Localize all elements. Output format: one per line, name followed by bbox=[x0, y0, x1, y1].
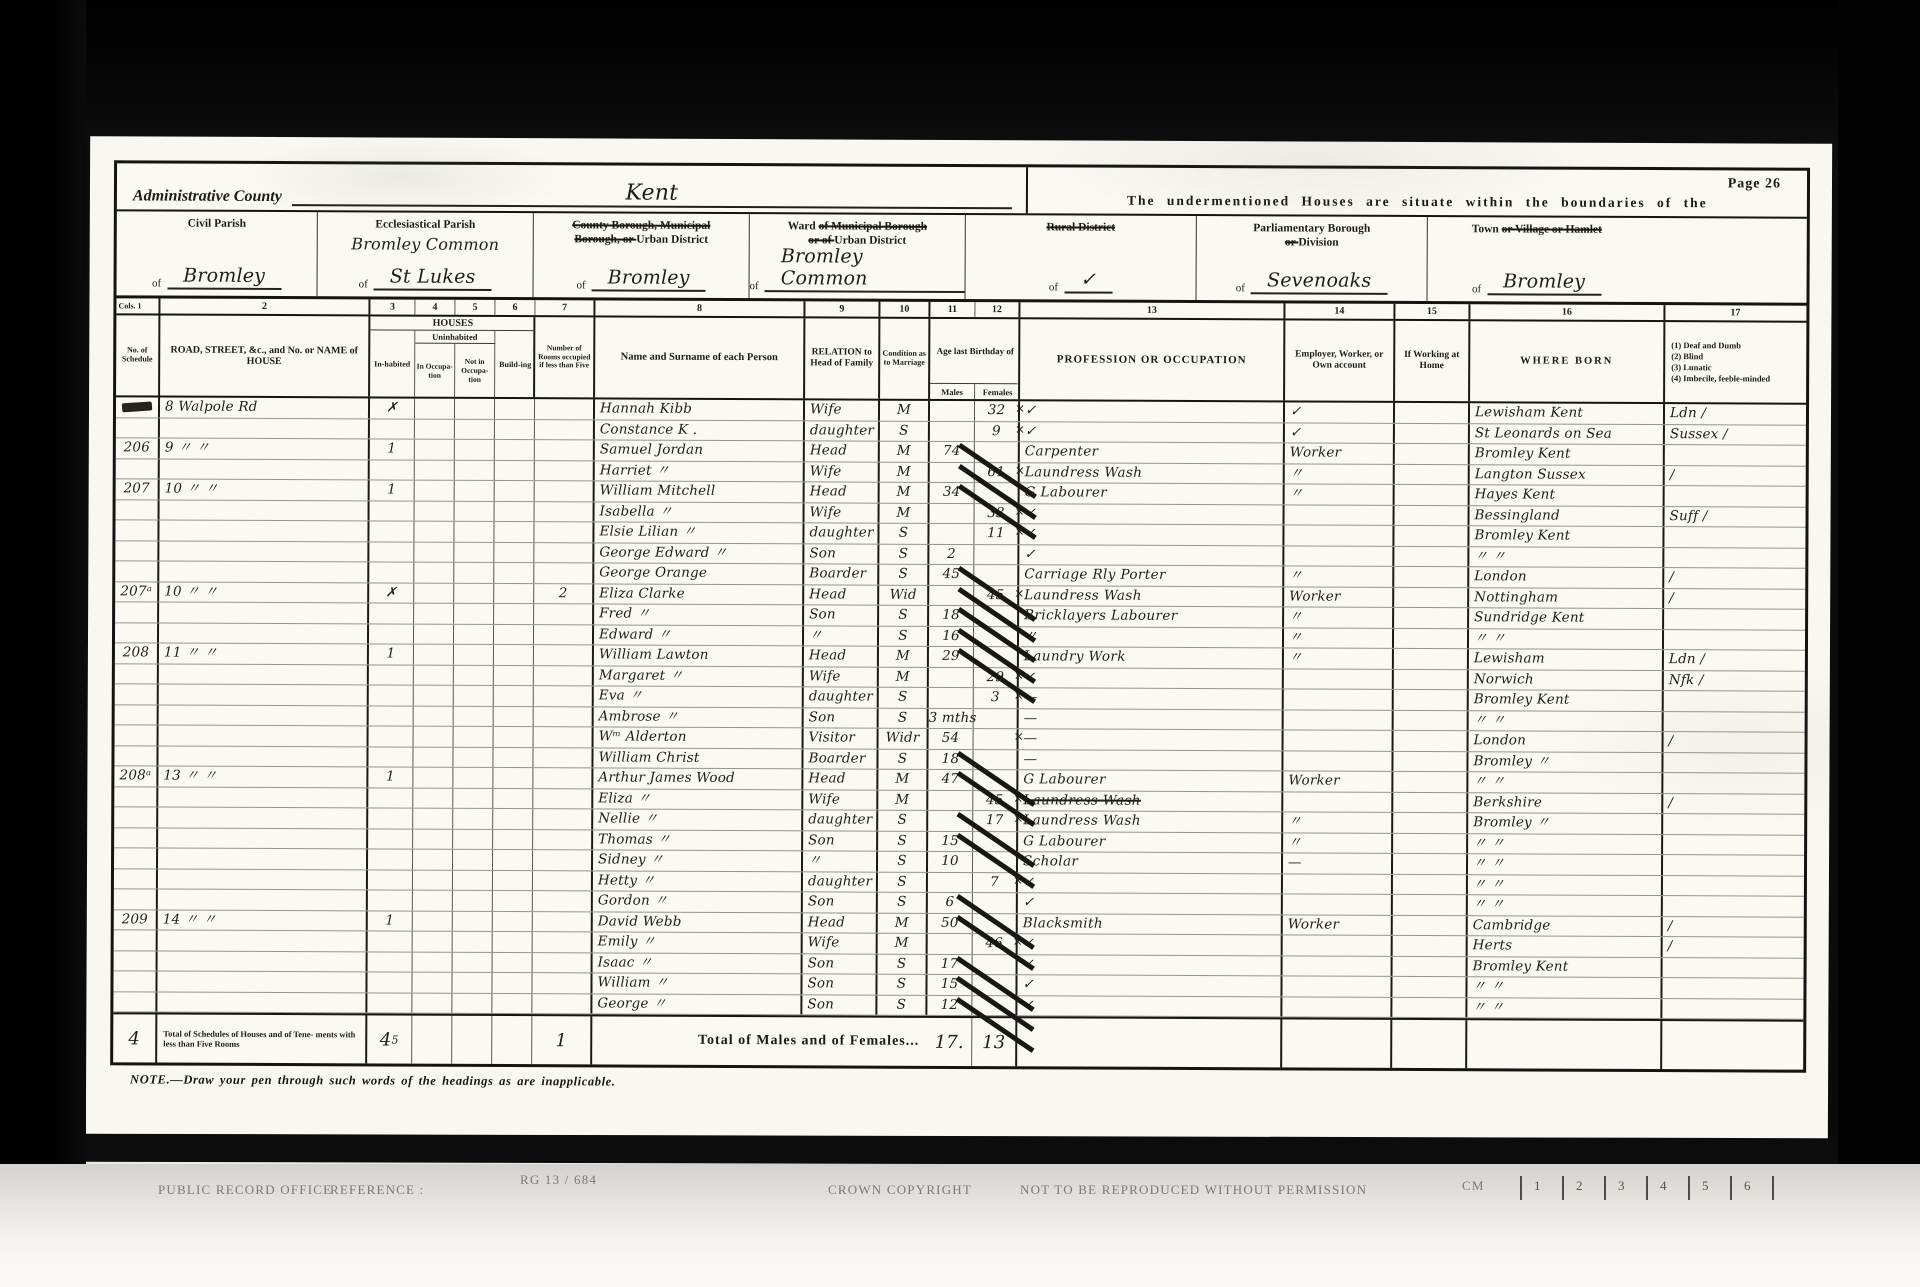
administrative-county-value: Kent bbox=[292, 179, 1012, 209]
cell-uninhabited-occ bbox=[413, 809, 453, 829]
cell-road bbox=[157, 972, 367, 992]
cell-relation: Boarder bbox=[803, 749, 878, 769]
cell-building bbox=[493, 809, 533, 829]
cell-relation: Son bbox=[803, 892, 878, 912]
cell-name: Sidney 〃 bbox=[593, 850, 803, 870]
cell-occupation: ✓ bbox=[1019, 524, 1284, 545]
cell-uninhabited-not bbox=[454, 604, 494, 624]
cell-infirmity: ∕ bbox=[1664, 732, 1804, 752]
district-value: Bromley bbox=[592, 266, 706, 291]
cell-home bbox=[1394, 546, 1469, 566]
cell-uninhabited-not bbox=[454, 665, 494, 685]
cell-rooms bbox=[535, 502, 595, 522]
district-value: Sevenoaks bbox=[1251, 269, 1387, 295]
cell-name: William Lawton bbox=[594, 645, 804, 665]
cell-occupation: Laundry Work bbox=[1019, 647, 1284, 668]
ruler-end bbox=[1772, 1176, 1784, 1200]
cell-home bbox=[1395, 423, 1470, 443]
cell-name: Edward 〃 bbox=[594, 625, 804, 645]
cell-condition: S bbox=[878, 872, 928, 892]
col-age: Age last Birthday of bbox=[930, 319, 1020, 384]
column-number: 14 bbox=[1285, 303, 1395, 318]
cell-name: George 〃 bbox=[592, 994, 802, 1014]
cell-age-female: 9 bbox=[975, 422, 1020, 442]
district-band: Civil Parish ofBromleyEcclesiastical Par… bbox=[116, 211, 1806, 305]
cell-rooms bbox=[534, 543, 594, 563]
cell-uninhabited-not bbox=[454, 563, 494, 583]
cell-name: William 〃 bbox=[592, 973, 802, 993]
cell-uninhabited-occ bbox=[413, 952, 453, 972]
cell-uninhabited-occ bbox=[414, 624, 454, 644]
cell-condition: S bbox=[878, 749, 928, 769]
cell-age-male: 54 bbox=[929, 729, 974, 749]
cell-born: Bessingland bbox=[1470, 506, 1665, 526]
cell-schedule bbox=[115, 561, 159, 581]
cell-road bbox=[160, 500, 370, 520]
totals-empty-4 bbox=[1017, 1018, 1282, 1067]
cell-occupation: ✓ bbox=[1017, 996, 1282, 1017]
cell-relation: 〃 bbox=[803, 851, 878, 871]
cell-infirmity: ∕ bbox=[1664, 568, 1804, 588]
cell-condition: M bbox=[880, 442, 930, 462]
cell-road bbox=[159, 726, 369, 746]
cell-name: Fred 〃 bbox=[594, 604, 804, 624]
cell-uninhabited-not bbox=[454, 624, 494, 644]
cell-building bbox=[493, 891, 533, 911]
cell-infirmity: ∕ bbox=[1663, 937, 1803, 957]
cell-home bbox=[1393, 956, 1468, 976]
cell-relation: Boarder bbox=[804, 564, 879, 584]
cell-occupation: ✓ bbox=[1017, 975, 1282, 996]
cell-occupation: ✓ bbox=[1020, 422, 1285, 443]
cell-uninhabited-occ bbox=[414, 645, 454, 665]
enumerator-x-mark: × bbox=[1015, 401, 1025, 415]
cell-uninhabited-occ bbox=[415, 399, 455, 419]
totals-empty-2 bbox=[452, 1016, 492, 1064]
cell-relation: Wife bbox=[805, 462, 880, 482]
cell-infirmity bbox=[1665, 486, 1805, 506]
footer-ruler: 123456 bbox=[1520, 1176, 1784, 1200]
cell-born: Bromley 〃 bbox=[1468, 752, 1663, 772]
cell-uninhabited-not bbox=[454, 645, 494, 665]
cell-rooms bbox=[533, 953, 593, 973]
cell-infirmity bbox=[1664, 609, 1804, 629]
cell-uninhabited-occ bbox=[414, 706, 454, 726]
cell-inhabited: 1 bbox=[370, 439, 415, 459]
cell-building bbox=[493, 911, 533, 931]
cell-home bbox=[1394, 710, 1469, 730]
cell-home bbox=[1394, 649, 1469, 669]
cell-schedule: 208ᵃ bbox=[114, 766, 158, 786]
cell-relation: 〃 bbox=[804, 626, 879, 646]
cell-home bbox=[1394, 690, 1469, 710]
cell-inhabited bbox=[369, 624, 414, 644]
cell-occupation: — bbox=[1019, 688, 1284, 709]
cell-born: 〃 〃 bbox=[1467, 998, 1662, 1018]
cell-age-female: 3 bbox=[974, 688, 1019, 708]
cell-rooms bbox=[533, 789, 593, 809]
cell-rooms bbox=[533, 748, 593, 768]
cell-schedule bbox=[115, 602, 159, 622]
cell-schedule bbox=[115, 520, 159, 540]
left-film-edge bbox=[0, 0, 86, 1212]
cell-infirmity bbox=[1663, 876, 1803, 896]
of-label: of bbox=[359, 278, 368, 290]
cell-employer bbox=[1284, 546, 1394, 566]
cell-uninhabited-not bbox=[453, 870, 493, 890]
cell-name: Harriet 〃 bbox=[595, 461, 805, 481]
cell-condition: M bbox=[880, 401, 930, 421]
cell-relation: Head bbox=[803, 769, 878, 789]
cell-uninhabited-occ bbox=[412, 993, 452, 1013]
cell-building bbox=[492, 993, 532, 1013]
cell-building bbox=[492, 973, 532, 993]
cell-uninhabited-occ bbox=[415, 440, 455, 460]
cell-occupation: ✓ bbox=[1018, 893, 1283, 914]
cell-born: Herts bbox=[1468, 936, 1663, 956]
cell-rooms bbox=[533, 912, 593, 932]
cell-age-male bbox=[930, 401, 975, 421]
cell-employer bbox=[1284, 689, 1394, 709]
of-label: of bbox=[1236, 282, 1245, 294]
column-number: 2 bbox=[160, 299, 370, 315]
cell-inhabited bbox=[368, 890, 413, 910]
cell-building bbox=[493, 788, 533, 808]
col-born: WHERE BORN bbox=[1470, 321, 1665, 402]
cell-employer bbox=[1282, 997, 1392, 1017]
cell-occupation: Bricklayers Labourer bbox=[1019, 606, 1284, 627]
cell-name: Constance K . bbox=[595, 420, 805, 440]
cell-infirmity bbox=[1663, 753, 1803, 773]
column-number: 17 bbox=[1665, 305, 1805, 321]
col-name: Name and Surname of each Person bbox=[595, 317, 805, 398]
cell-born: 〃 〃 bbox=[1468, 875, 1663, 895]
cell-rooms bbox=[532, 973, 592, 993]
cell-rooms bbox=[533, 871, 593, 891]
totals-caption: Total of Males and of Females... bbox=[592, 1016, 927, 1065]
cell-infirmity bbox=[1664, 548, 1804, 568]
cell-home bbox=[1395, 464, 1470, 484]
situate-cell: The undermentioned Houses are situate wi… bbox=[1028, 167, 1807, 216]
cell-employer: 〃 bbox=[1284, 648, 1394, 668]
district-label: Ward of Municipal Borough or of Urban Di… bbox=[787, 219, 927, 248]
cell-employer bbox=[1283, 956, 1393, 976]
cell-inhabited bbox=[368, 829, 413, 849]
cell-condition: M bbox=[880, 503, 930, 523]
cell-born: Bromley 〃 bbox=[1468, 813, 1663, 833]
cell-rooms bbox=[534, 645, 594, 665]
cell-occupation: G Labourer bbox=[1020, 483, 1285, 504]
totals-empty-3 bbox=[492, 1016, 532, 1064]
cell-uninhabited-not bbox=[453, 952, 493, 972]
cell-condition: S bbox=[877, 995, 927, 1015]
district-ecclesiastical-parish: Ecclesiastical Parish Bromley CommonofSt… bbox=[317, 212, 533, 297]
col-uninhabited: Uninhabited bbox=[415, 331, 495, 344]
cell-occupation: ✓ bbox=[1019, 668, 1284, 689]
cell-infirmity: ∕ bbox=[1665, 466, 1805, 486]
district-town: Town or Village or Hamlet ofBromley bbox=[1427, 217, 1645, 302]
cell-infirmity bbox=[1664, 630, 1804, 650]
cell-relation: Son bbox=[804, 708, 879, 728]
cell-condition: S bbox=[879, 626, 929, 646]
footer-copyright: CROWN COPYRIGHT bbox=[828, 1182, 972, 1198]
enumerator-x-mark: × bbox=[1014, 729, 1024, 743]
cell-name: Gordon 〃 bbox=[593, 891, 803, 911]
cell-uninhabited-occ bbox=[413, 747, 453, 767]
cell-employer bbox=[1282, 976, 1392, 996]
totals-empty-6 bbox=[1392, 1020, 1467, 1068]
cell-uninhabited-occ bbox=[414, 686, 454, 706]
schedule-scribble bbox=[122, 401, 153, 412]
cell-schedule bbox=[115, 664, 159, 684]
cell-uninhabited-occ bbox=[415, 419, 455, 439]
cell-inhabited bbox=[368, 788, 413, 808]
cell-condition: S bbox=[879, 688, 929, 708]
cell-road bbox=[159, 664, 369, 684]
census-form: Administrative County Kent The underment… bbox=[110, 160, 1810, 1072]
cell-employer bbox=[1284, 525, 1394, 545]
cell-name: William Christ bbox=[593, 748, 803, 768]
cell-occupation: Carpenter bbox=[1020, 442, 1285, 463]
totals-inhabited: 45 bbox=[367, 1015, 412, 1063]
cell-rooms bbox=[533, 891, 593, 911]
cell-rooms bbox=[534, 727, 594, 747]
ruler-mark: 5 bbox=[1688, 1176, 1730, 1200]
cell-road: 11 〃 〃 bbox=[159, 644, 369, 664]
cell-rooms bbox=[535, 399, 595, 419]
cell-home bbox=[1393, 936, 1468, 956]
cell-occupation: — bbox=[1019, 709, 1284, 730]
cell-building bbox=[493, 747, 533, 767]
cell-rooms bbox=[534, 563, 594, 583]
cell-rooms bbox=[534, 604, 594, 624]
cell-home bbox=[1393, 854, 1468, 874]
cell-age-male bbox=[928, 790, 973, 810]
cell-road bbox=[158, 869, 368, 889]
cell-infirmity: Sussex ∕ bbox=[1665, 425, 1805, 445]
cell-uninhabited-occ bbox=[415, 501, 455, 521]
form-note: NOTE.—Draw your pen through such words o… bbox=[130, 1072, 1828, 1094]
cell-born: Bromley Kent bbox=[1468, 957, 1663, 977]
cell-occupation: ✓ bbox=[1020, 401, 1285, 422]
cell-born: Norwich bbox=[1469, 670, 1664, 690]
cell-infirmity: ∕ bbox=[1663, 794, 1803, 814]
cell-name: Samuel Jordan bbox=[595, 440, 805, 460]
footer-reference-label: REFERENCE : bbox=[330, 1182, 424, 1198]
district-county-borough: County Borough, Municipal Borough, or Ur… bbox=[533, 213, 749, 298]
cell-name: Margaret 〃 bbox=[594, 666, 804, 686]
cell-condition: M bbox=[878, 913, 928, 933]
cell-name: Nellie 〃 bbox=[593, 809, 803, 829]
cell-schedule: 207 bbox=[116, 479, 160, 499]
cell-occupation: ✓ bbox=[1019, 545, 1284, 566]
col-relation: RELATION to Head of Family bbox=[805, 318, 880, 398]
cell-uninhabited-occ bbox=[414, 604, 454, 624]
of-label: of bbox=[152, 277, 161, 289]
cell-born: Nottingham bbox=[1469, 588, 1664, 608]
cell-occupation: Laundress Wash bbox=[1020, 463, 1285, 484]
cell-uninhabited-occ bbox=[413, 932, 453, 952]
column-number: 15 bbox=[1395, 304, 1470, 319]
cell-relation: daughter bbox=[805, 421, 880, 441]
cell-home bbox=[1393, 751, 1468, 771]
cell-relation: Son bbox=[804, 605, 879, 625]
cell-home bbox=[1393, 772, 1468, 792]
cell-uninhabited-occ bbox=[415, 460, 455, 480]
cell-road bbox=[158, 787, 368, 807]
cell-employer bbox=[1285, 505, 1395, 525]
cell-occupation: ✓ bbox=[1020, 504, 1285, 525]
cell-uninhabited-not bbox=[454, 522, 494, 542]
cell-born: Hayes Kent bbox=[1470, 485, 1665, 505]
column-number: 10 bbox=[880, 302, 930, 317]
cell-relation: Wife bbox=[803, 790, 878, 810]
cell-born: Langton Sussex bbox=[1470, 465, 1665, 485]
cell-schedule bbox=[113, 992, 157, 1012]
cell-condition: S bbox=[880, 421, 930, 441]
cell-relation: Son bbox=[802, 995, 877, 1015]
cell-employer: 〃 bbox=[1285, 464, 1395, 484]
cell-infirmity: Nfk ∕ bbox=[1664, 671, 1804, 691]
cell-schedule: 207ᵃ bbox=[115, 582, 159, 602]
cell-building bbox=[494, 604, 534, 624]
cell-schedule bbox=[114, 828, 158, 848]
district-value: St Lukes bbox=[374, 265, 492, 291]
cell-home bbox=[1393, 813, 1468, 833]
col-females: Females bbox=[975, 384, 1020, 399]
cell-inhabited bbox=[369, 603, 414, 623]
cell-home bbox=[1394, 608, 1469, 628]
cell-relation: Head bbox=[803, 913, 878, 933]
cell-employer: Worker bbox=[1284, 587, 1394, 607]
column-number: 4 bbox=[415, 300, 455, 315]
cell-road bbox=[159, 623, 369, 643]
col-condition: Condition as to Marriage bbox=[880, 319, 930, 399]
cell-building bbox=[495, 419, 535, 439]
cell-name: William Mitchell bbox=[595, 481, 805, 501]
cell-relation: Head bbox=[804, 646, 879, 666]
cell-rooms bbox=[534, 666, 594, 686]
cell-rooms bbox=[534, 686, 594, 706]
cell-road: 9 〃 〃 bbox=[160, 439, 370, 459]
cell-inhabited: 1 bbox=[368, 911, 413, 931]
cell-name: Arthur James Wood bbox=[593, 768, 803, 788]
cell-occupation: ✓ bbox=[1018, 934, 1283, 955]
cell-age-male bbox=[928, 872, 973, 892]
cell-uninhabited-occ bbox=[413, 870, 453, 890]
cell-employer bbox=[1283, 874, 1393, 894]
cell-building bbox=[494, 706, 534, 726]
cell-employer: 〃 bbox=[1284, 628, 1394, 648]
cell-employer: 〃 bbox=[1283, 833, 1393, 853]
infirmity-line: (1) Deaf and Dumb bbox=[1671, 340, 1741, 351]
totals-empty-8 bbox=[1662, 1021, 1802, 1070]
of-label: of bbox=[576, 279, 585, 291]
cell-building bbox=[494, 542, 534, 562]
cell-rooms bbox=[535, 440, 595, 460]
cell-schedule bbox=[114, 787, 158, 807]
cell-name: George Edward 〃 bbox=[594, 543, 804, 563]
cell-relation: daughter bbox=[804, 687, 879, 707]
cell-infirmity: Ldn ∕ bbox=[1664, 650, 1804, 670]
col-employer: Employer, Worker, or Own account bbox=[1285, 320, 1395, 400]
cell-road bbox=[158, 746, 368, 766]
district-value: Bromley Common bbox=[765, 245, 965, 293]
cell-employer: ✓ bbox=[1285, 423, 1395, 443]
cell-condition: S bbox=[878, 893, 928, 913]
cell-rooms bbox=[534, 522, 594, 542]
cell-uninhabited-not bbox=[453, 768, 493, 788]
district-value: Bromley bbox=[167, 265, 281, 290]
cell-uninhabited-occ bbox=[414, 665, 454, 685]
cell-home bbox=[1394, 587, 1469, 607]
cell-born: Lewisham Kent bbox=[1470, 403, 1665, 423]
cell-age-male bbox=[929, 524, 974, 544]
cell-building bbox=[493, 952, 533, 972]
cell-rooms bbox=[535, 420, 595, 440]
cell-inhabited: 1 bbox=[368, 767, 413, 787]
cell-uninhabited-not bbox=[454, 727, 494, 747]
cell-born: Lewisham bbox=[1469, 649, 1664, 669]
totals-margin-figure: 4 bbox=[113, 1014, 157, 1062]
cell-building bbox=[495, 440, 535, 460]
cell-uninhabited-not bbox=[455, 399, 495, 419]
cell-uninhabited-occ bbox=[413, 850, 453, 870]
cell-building bbox=[494, 563, 534, 583]
cell-name: Elsie Lilian 〃 bbox=[594, 522, 804, 542]
cell-uninhabited-not bbox=[452, 993, 492, 1013]
cell-home bbox=[1393, 833, 1468, 853]
col-in-occupation: In Occupa-tion bbox=[415, 344, 455, 397]
cell-rooms bbox=[535, 481, 595, 501]
cell-condition: M bbox=[879, 647, 929, 667]
cell-road bbox=[159, 685, 369, 705]
cell-employer: 〃 bbox=[1283, 812, 1393, 832]
totals-label: Total of Schedules of Houses and of Tene… bbox=[157, 1015, 367, 1064]
cell-uninhabited-not bbox=[454, 686, 494, 706]
cell-road bbox=[158, 931, 368, 951]
cell-employer: ✓ bbox=[1285, 402, 1395, 422]
cell-born: 〃 〃 bbox=[1469, 629, 1664, 649]
cell-home bbox=[1394, 731, 1469, 751]
ruler-mark: 4 bbox=[1646, 1176, 1688, 1200]
cell-name: Wᵐ Alderton bbox=[594, 727, 804, 747]
cell-building bbox=[493, 850, 533, 870]
cell-schedule bbox=[115, 684, 159, 704]
cell-inhabited bbox=[369, 685, 414, 705]
cell-road bbox=[159, 521, 369, 541]
district-label: Civil Parish bbox=[188, 217, 247, 232]
col-profession: PROFESSION OR OCCUPATION bbox=[1020, 319, 1285, 400]
cell-inhabited bbox=[367, 993, 412, 1013]
cell-building bbox=[493, 870, 533, 890]
cell-born: Berkshire bbox=[1468, 793, 1663, 813]
cell-inhabited bbox=[370, 419, 415, 439]
cell-condition: S bbox=[878, 811, 928, 831]
cell-employer bbox=[1284, 710, 1394, 730]
cell-building bbox=[495, 501, 535, 521]
totals-males: 17. bbox=[927, 1018, 972, 1066]
cell-rooms bbox=[534, 625, 594, 645]
cell-employer: Worker bbox=[1283, 915, 1393, 935]
col-houses-group: HOUSES In-habited Uninhabited In Occupa-… bbox=[370, 316, 535, 397]
col-inhabited: In-habited bbox=[370, 330, 415, 396]
cell-age-male bbox=[928, 934, 973, 954]
cell-uninhabited-not bbox=[454, 706, 494, 726]
cell-age-female: 11 bbox=[974, 524, 1019, 544]
cell-building bbox=[494, 522, 534, 542]
administrative-county-label: Administrative County bbox=[133, 187, 282, 206]
